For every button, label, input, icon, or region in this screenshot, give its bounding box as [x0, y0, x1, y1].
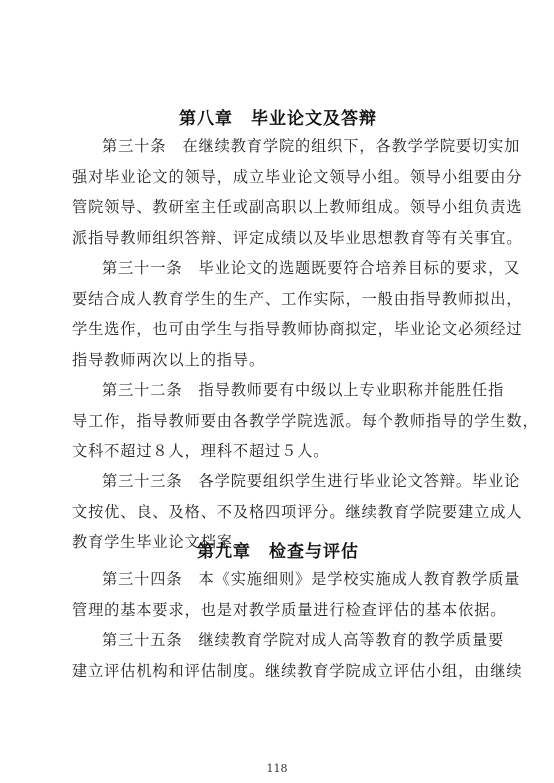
text-line: 文按优、良、及格、不及格四项评分。继续教育学院要建立成人 — [72, 497, 484, 528]
text-line: 第三十三条 各学院要组织学生进行毕业论文答辩。毕业论 — [72, 466, 484, 497]
text-line: 文科不超过８人，理科不超过５人。 — [72, 436, 484, 467]
text-line: 第三十五条 继续教育学院对成人高等教育的教学质量要 — [72, 625, 484, 656]
page-number: 118 — [0, 762, 554, 775]
text-line: 管理的基本要求，也是对教学质量进行检查评估的基本依据。 — [72, 595, 484, 626]
chapter-title: 第八章 毕业论文及答辩 — [72, 104, 484, 129]
text-line: 建立评估机构和评估制度。继续教育学院成立评估小组，由继续 — [72, 656, 484, 687]
text-line: 第三十二条 指导教师要有中级以上专业职称并能胜任指 — [72, 375, 484, 406]
article-32: 第三十二条 指导教师要有中级以上专业职称并能胜任指 导工作，指导教师要由各教学学… — [72, 375, 484, 467]
text-line: 第三十一条 毕业论文的选题既要符合培养目标的要求，又 — [72, 253, 484, 284]
article-31: 第三十一条 毕业论文的选题既要符合培养目标的要求，又 要结合成人教育学生的生产、… — [72, 253, 484, 375]
text-line: 导工作，指导教师要由各教学学院选派。每个教师指导的学生数， — [72, 406, 484, 437]
text-line: 管院领导、教研室主任或副高职以上教师组成。领导小组负责选 — [72, 192, 484, 223]
text-line: 第三十条 在继续教育学院的组织下，各教学学院要切实加 — [72, 131, 484, 162]
text-line: 第三十四条 本《实施细则》是学校实施成人教育教学质量 — [72, 564, 484, 595]
text-line: 要结合成人教育学生的生产、工作实际，一般由指导教师拟出， — [72, 284, 484, 315]
text-line: 指导教师两次以上的指导。 — [72, 345, 484, 376]
article-34: 第三十四条 本《实施细则》是学校实施成人教育教学质量 管理的基本要求，也是对教学… — [72, 564, 484, 625]
article-35: 第三十五条 继续教育学院对成人高等教育的教学质量要 建立评估机构和评估制度。继续… — [72, 625, 484, 686]
text-line: 学生选作，也可由学生与指导教师协商拟定，毕业论文必须经过 — [72, 314, 484, 345]
chapter-title: 第九章 检查与评估 — [72, 537, 484, 562]
text-line: 派指导教师组织答辩、评定成绩以及毕业思想教育等有关事宜。 — [72, 223, 484, 254]
article-30: 第三十条 在继续教育学院的组织下，各教学学院要切实加 强对毕业论文的领导，成立毕… — [72, 131, 484, 253]
text-line: 强对毕业论文的领导，成立毕业论文领导小组。领导小组要由分 — [72, 162, 484, 193]
